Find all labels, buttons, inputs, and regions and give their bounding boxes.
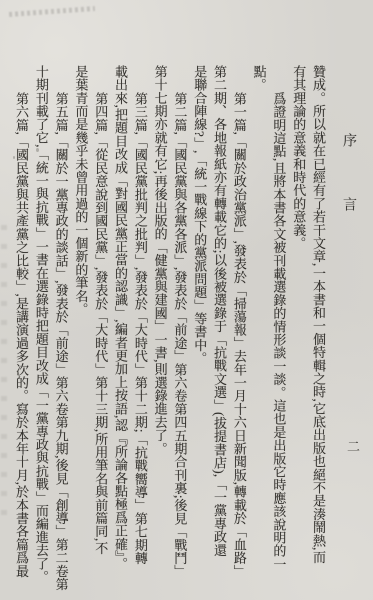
text-column: 載出來,把題目改成「對國民黨正當的認識」,編者更加上按語,認『所論各點極爲正確』… — [110, 65, 130, 570]
text-column: 第六篇,「國民黨與共產黨之比較」,是講演過多次的。寫於本年十月,於本書各篇爲最 — [11, 92, 31, 578]
text-column: 第一篇,「關於政治黨派」,發表於「掃蕩報」去年一月十六日新聞版,轉載於「血路」 — [229, 92, 249, 578]
scanned-book-page: 序言 二 贊成。所以就在已經有了若干文章,一本書和一個特輯之時,它底出版也絕不是… — [0, 0, 373, 600]
text-column: 是聯合陣線?」,「統一戰線下的黨派問題」等書中。 — [189, 65, 209, 365]
chapter-title: 序言 — [338, 133, 358, 261]
text-column: 第二期、各地報紙亦有轉載它的;以後被選錄于「抗戰文選」(拔提書店),「一黨專政還 — [209, 65, 229, 557]
text-column: 是葉青而是幾乎未曾用過的一個新的筆名。 — [70, 65, 90, 316]
text-column: 贊成。所以就在已經有了若干文章,一本書和一個特輯之時,它底出版也絕不是湊鬧熱,而 — [308, 65, 328, 564]
text-column: 第二篇,「國民黨與各黨各派」,發表於「前途」第六卷第四五期合刊裏;後見「戰鬥」 — [169, 92, 189, 578]
text-column: 第五篇,「關於一黨專政的談話」,發表於「前途」第六卷第九期,後見「創導」第二卷第 — [51, 92, 71, 591]
text-column: 點。 — [249, 65, 269, 91]
text-column: 爲證明這點,且將本書各文被刊載選錄的情形談一談。這也是出版它時應該說明的一 — [268, 92, 288, 571]
text-column: 第四篇,「從民意說到國民黨」,發表於「大時代」第十三期,所用筆名與前篇同,不 — [90, 92, 110, 555]
watermark-smudge — [9, 6, 95, 17]
text-column: 有其理論的意義和時代的意義。 — [288, 65, 308, 250]
text-column: 第十七期亦就有它;再後出版的「健黨與建國」一書,則選錄進去了。 — [150, 65, 170, 455]
scan-edge-artifact — [1, 225, 7, 515]
page-number: 二 — [347, 436, 360, 455]
text-column: 十期刊載了它,「統一與抗戰」一書在選錄時把題目改成「一黨專政與抗戰」而編進去了。 — [31, 65, 51, 583]
text-column: 第三篇,「國民黨批判之批判」,發表於「大時代」第十二期;「抗戰嚮導」第七期轉 — [130, 92, 150, 565]
